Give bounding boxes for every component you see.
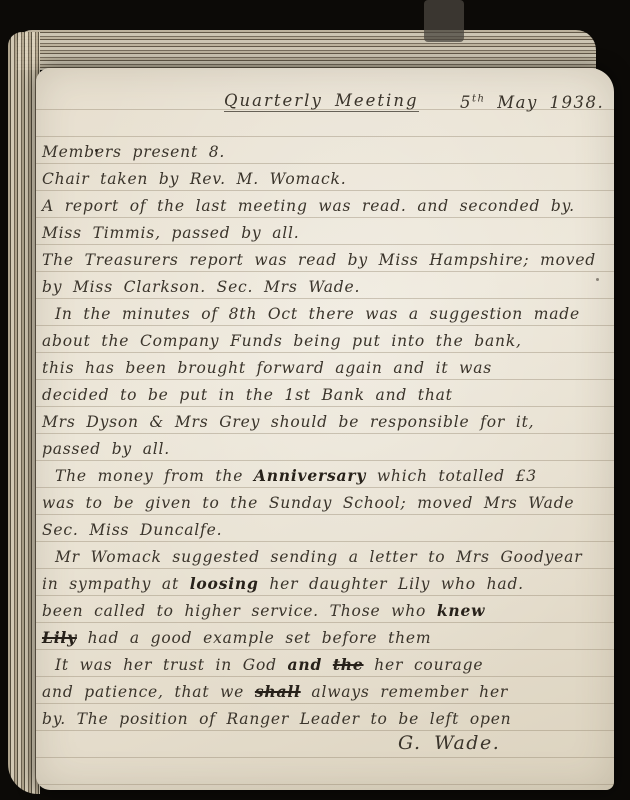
handwritten-line: and patience, that we shall always remem… [42, 680, 508, 704]
handwriting-segment: The Treasurers report was read by Miss H… [42, 251, 596, 269]
struck-out-word: Lily [42, 628, 77, 647]
handwritten-line: Chair taken by Rev. M. Womack. [42, 167, 346, 191]
handwriting-segment: had a good example set before them [77, 629, 431, 647]
handwritten-line: In the minutes of 8th Oct there was a su… [42, 302, 580, 326]
page-stack-top-edges [16, 30, 596, 70]
handwriting-segment: The money from the [55, 467, 254, 485]
handwritten-line: Mrs Dyson & Mrs Grey should be responsib… [42, 410, 534, 434]
handwriting-segment: In the minutes of 8th Oct there was a su… [55, 305, 580, 323]
handwriting-segment: been called to higher service. Those who [42, 602, 437, 620]
handwriting-segment: Mrs Dyson & Mrs Grey should be responsib… [42, 413, 534, 431]
handwriting-segment: Members present 8. [42, 143, 225, 161]
handwriting-segment: Mr Womack suggested sending a letter to … [55, 548, 582, 566]
backdrop-smudge [424, 0, 464, 42]
handwriting-segment: by. The position of Ranger Leader to be … [42, 710, 511, 728]
handwriting-segment: by Miss Clarkson. Sec. Mrs Wade. [42, 278, 360, 296]
handwriting-segment: was to be given to the Sunday School; mo… [42, 494, 574, 512]
handwritten-line: Members present 8. [42, 140, 225, 164]
handwriting-segment: A report of the last meeting was read. a… [42, 197, 575, 215]
handwritten-line: Miss Timmis, passed by all. [42, 221, 300, 245]
handwriting-segment: Sec. Miss Duncalfe. [42, 521, 222, 539]
handwritten-line: been called to higher service. Those who… [42, 599, 485, 623]
handwritten-line: The money from the Anniversary which tot… [42, 464, 537, 488]
ink-speck [596, 278, 599, 281]
handwriting-segment: and [288, 655, 323, 674]
handwriting-segment: knew [437, 601, 485, 620]
handwritten-line: was to be given to the Sunday School; mo… [42, 491, 574, 515]
handwriting-segment: always remember her [301, 683, 508, 701]
handwritten-line: The Treasurers report was read by Miss H… [42, 248, 596, 272]
minutes-lines: Members present 8.Chair taken by Rev. M.… [36, 68, 614, 790]
handwritten-line: It was her trust in God and the her cour… [42, 653, 483, 677]
handwriting-segment: Miss Timmis, passed by all. [42, 224, 300, 242]
photo-backdrop: Quarterly Meeting 5th May 1938. Members … [0, 0, 630, 800]
handwritten-line: A report of the last meeting was read. a… [42, 194, 575, 218]
handwriting-segment: this has been brought forward again and … [42, 359, 492, 377]
handwritten-line: by. The position of Ranger Leader to be … [42, 707, 511, 731]
ink-speck [95, 149, 98, 152]
struck-out-word: shall [255, 682, 301, 701]
handwriting-segment: her daughter Lily who had. [259, 575, 524, 593]
handwritten-line: this has been brought forward again and … [42, 356, 492, 380]
handwritten-line: passed by all. [42, 437, 170, 461]
handwritten-line: Lily had a good example set before them [42, 626, 431, 650]
handwriting-segment: Chair taken by Rev. M. Womack. [42, 170, 346, 188]
handwriting-segment: her courage [364, 656, 484, 674]
struck-out-word: the [333, 655, 364, 674]
handwritten-line: decided to be put in the 1st Bank and th… [42, 383, 453, 407]
handwriting-segment: which totalled £3 [366, 467, 537, 485]
handwriting-segment [322, 656, 333, 674]
handwriting-segment: It was her trust in God [55, 656, 288, 674]
handwritten-line: Sec. Miss Duncalfe. [42, 518, 222, 542]
handwritten-line: about the Company Funds being put into t… [42, 329, 522, 353]
signature: G. Wade. [398, 730, 500, 756]
handwriting-segment: passed by all. [42, 440, 170, 458]
handwriting-segment: loosing [190, 574, 259, 593]
handwriting-segment: decided to be put in the 1st Bank and th… [42, 386, 453, 404]
handwriting-segment: about the Company Funds being put into t… [42, 332, 522, 350]
handwritten-line: by Miss Clarkson. Sec. Mrs Wade. [42, 275, 360, 299]
handwriting-segment: Anniversary [254, 466, 366, 485]
notebook-page: Quarterly Meeting 5th May 1938. Members … [36, 68, 614, 790]
handwritten-line: Mr Womack suggested sending a letter to … [42, 545, 582, 569]
handwriting-segment: and patience, that we [42, 683, 255, 701]
handwriting-segment: in sympathy at [42, 575, 190, 593]
handwritten-line: in sympathy at loosing her daughter Lily… [42, 572, 524, 596]
